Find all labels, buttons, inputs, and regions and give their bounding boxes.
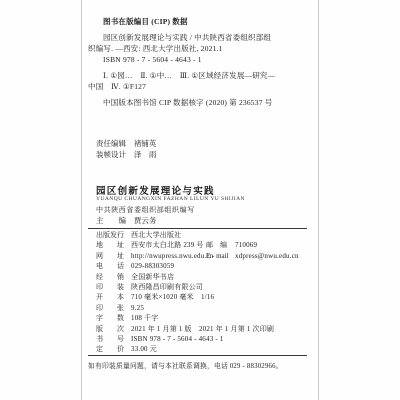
cip-entry-line-2: 织编写. —西安: 西北大学出版社, 2021.1 bbox=[88, 44, 223, 53]
colophon-row-wordcount: 字 数108 千字 bbox=[88, 313, 307, 323]
colophon-value: 2021 年 1 月第 1 版 2021 年 1 月第 1 次印刷 bbox=[131, 325, 274, 333]
copyright-content: 图书在版编目 (CIP) 数据 园区创新发展理论与实践 / 中共陕西省委组织部组… bbox=[88, 0, 308, 400]
colophon-row-format: 开 本710 毫米×1020 毫米 1/16 bbox=[88, 292, 307, 302]
colophon-value: 33.00 元 bbox=[131, 345, 157, 353]
colophon-value: http://nwupress.nwu.edu.cn bbox=[131, 252, 213, 260]
cip-isbn-line: ISBN 978 - 7 - 5604 - 4643 - 1 bbox=[88, 55, 202, 64]
compiler-byline: 中共陕西省委组织部组织编写 bbox=[96, 205, 195, 215]
colophon-value: 陕西隆昌印刷有限公司 bbox=[131, 283, 203, 291]
colophon-value: 西北大学出版社 bbox=[131, 231, 181, 239]
colophon-value: 710069 bbox=[235, 241, 257, 249]
colophon-row-distributor: 经 销全国新华书店 bbox=[88, 272, 307, 282]
page-edge-left bbox=[81, 0, 82, 400]
cover-designer-name: 泽 雨 bbox=[134, 150, 157, 159]
colophon-label: 邮 编 bbox=[206, 240, 228, 250]
colophon-value: 710 毫米×1020 毫米 1/16 bbox=[131, 293, 214, 301]
colophon-label: 印 张 bbox=[96, 303, 125, 313]
cip-entry-line-1: 园区创新发展理论与实践 / 中共陕西省委组织部组 bbox=[88, 33, 271, 42]
responsible-editor-label: 责任编辑 bbox=[96, 138, 126, 149]
cip-heading: 图书在版编目 (CIP) 数据 bbox=[88, 17, 188, 26]
colophon-label: 定 价 bbox=[96, 344, 125, 354]
colophon-value: 全国新华书店 bbox=[131, 273, 174, 281]
colophon-row-postcode: 邮 编710069 bbox=[206, 240, 257, 250]
colophon-row-website: 网 址http://nwupress.nwu.edu.cn E - mailxd… bbox=[88, 251, 307, 261]
divider-bottom bbox=[88, 355, 307, 356]
responsible-editor-row: 责任编辑 褚铺英 bbox=[88, 138, 156, 149]
cover-designer-row: 装帧设计 泽 雨 bbox=[88, 149, 156, 160]
copyright-page: 图书在版编目 (CIP) 数据 园区创新发展理论与实践 / 中共陕西省委组织部组… bbox=[0, 0, 400, 400]
book-title: 园区创新发展理论与实践 bbox=[96, 183, 215, 197]
responsible-editor-name: 褚铺英 bbox=[134, 139, 157, 148]
cip-record-line: 中国版本图书馆 CIP 数据核字 (2020) 第 236537 号 bbox=[88, 98, 272, 107]
chief-editor-row: 主 编 贾云务 bbox=[88, 215, 156, 226]
colophon-value: 西安市太白北路 239 号 bbox=[131, 241, 204, 249]
colophon-label: 印 装 bbox=[96, 282, 125, 292]
colophon-row-edition: 版 次2021 年 1 月第 1 版 2021 年 1 月第 1 次印刷 bbox=[88, 324, 307, 334]
colophon-label: 版 次 bbox=[96, 324, 125, 334]
colophon-label: 电 话 bbox=[96, 261, 125, 271]
colophon-value: 108 千字 bbox=[131, 314, 158, 322]
colophon-row-email: E - mailxdpress@nwu.edu.cn bbox=[206, 251, 299, 261]
colophon-row-printer: 印 装陕西隆昌印刷有限公司 bbox=[88, 282, 307, 292]
colophon-label: 地 址 bbox=[96, 240, 125, 250]
colophon-value: 9.25 bbox=[131, 304, 144, 312]
colophon-row-price: 定 价33.00 元 bbox=[88, 344, 307, 354]
colophon-value: ISBN 978 - 7 - 5604 - 4643 - 1 bbox=[131, 335, 224, 343]
colophon-value: xdpress@nwu.edu.cn bbox=[235, 252, 299, 260]
colophon-value: 029-88303059 bbox=[131, 262, 174, 270]
divider-top bbox=[88, 228, 307, 229]
chief-editor-name: 贾云务 bbox=[134, 216, 157, 225]
cover-designer-label: 装帧设计 bbox=[96, 149, 126, 160]
colophon-row-address: 地 址西安市太白北路 239 号 邮 编710069 bbox=[88, 240, 307, 250]
colophon-label: 出版发行 bbox=[96, 230, 125, 240]
quality-note: 如有印装质量问题，请与本社联系调换，电话 029 - 88302966。 bbox=[88, 360, 283, 370]
cip-classification-line-1: Ⅰ. ①园… Ⅱ. ①中… Ⅲ. ①区域经济发展—研究— bbox=[88, 71, 275, 80]
colophon-label: 书 号 bbox=[96, 334, 125, 344]
colophon-row-phone: 电 话029-88303059 bbox=[88, 261, 307, 271]
colophon-row-publisher: 出版发行西北大学出版社 bbox=[88, 230, 307, 240]
colophon-label: E - mail bbox=[206, 251, 228, 261]
page-edge-right bbox=[318, 0, 319, 400]
colophon-row-sheets: 印 张9.25 bbox=[88, 303, 307, 313]
colophon-label: 网 址 bbox=[96, 251, 125, 261]
colophon-label: 字 数 bbox=[96, 313, 125, 323]
colophon-table: 出版发行西北大学出版社 地 址西安市太白北路 239 号 邮 编710069 网… bbox=[88, 230, 307, 355]
book-title-pinyin: YUANQU CHUANGXIN FAZHAN LILUN YU SHIJIAN bbox=[96, 196, 245, 202]
colophon-label: 经 销 bbox=[96, 272, 125, 282]
colophon-row-isbn: 书 号ISBN 978 - 7 - 5604 - 4643 - 1 bbox=[88, 334, 307, 344]
cip-classification-line-2: 中国 Ⅳ. ①F127 bbox=[88, 82, 146, 91]
colophon-label: 开 本 bbox=[96, 292, 125, 302]
chief-editor-label: 主 编 bbox=[96, 215, 126, 226]
